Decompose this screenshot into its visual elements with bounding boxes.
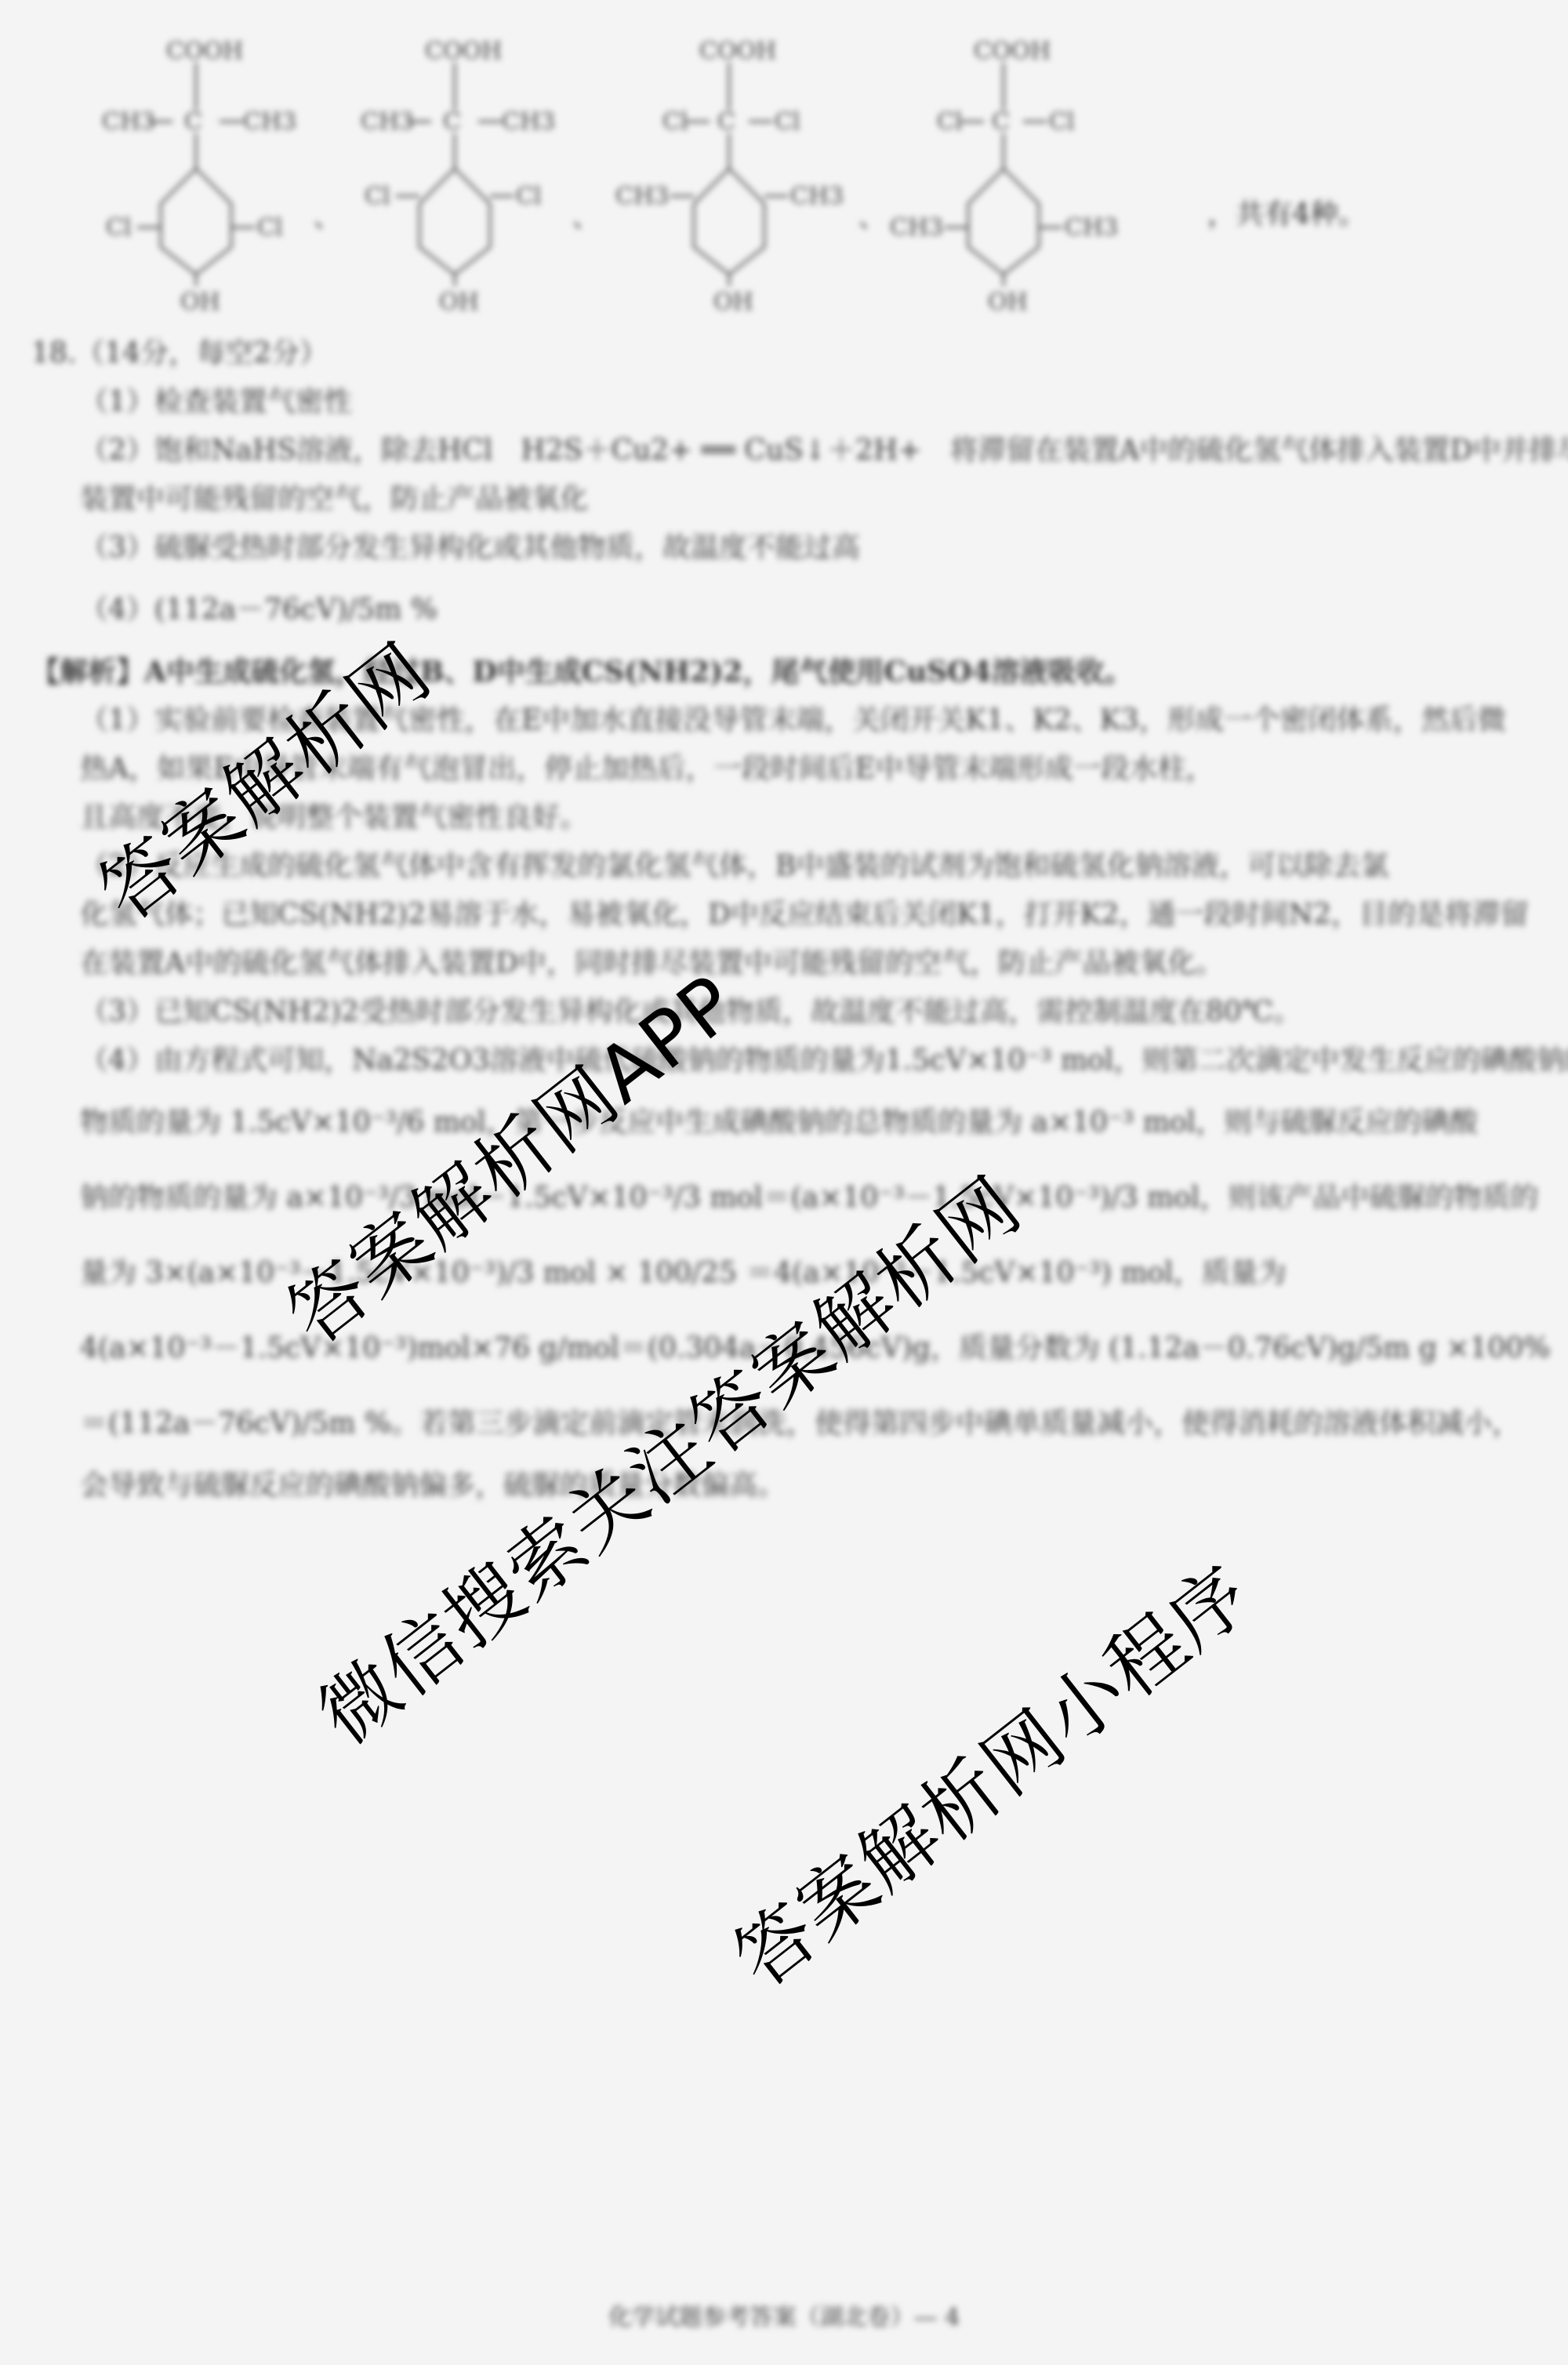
separator: 、 <box>314 196 340 234</box>
svg-text:Cl: Cl <box>257 214 283 242</box>
svg-text:C: C <box>717 108 735 136</box>
svg-text:COOH: COOH <box>974 38 1051 65</box>
svg-text:COOH: COOH <box>425 38 502 65</box>
separator: 、 <box>858 196 885 234</box>
text-line: （4）(112a－76cV)/5m % <box>31 572 1552 648</box>
svg-text:CH3: CH3 <box>361 108 414 136</box>
document-page: COOH CH3 C CH3 Cl Cl OH 、 <box>0 0 1568 2365</box>
svg-text:CH3: CH3 <box>890 214 943 242</box>
structural-formulas: COOH CH3 C CH3 Cl Cl OH 、 <box>78 16 1372 314</box>
svg-text:CH3: CH3 <box>243 108 296 136</box>
svg-text:CH3: CH3 <box>102 108 155 136</box>
svg-text:Cl: Cl <box>775 108 800 136</box>
text-line: 化氢气体；已知CS(NH2)2易溶于水，易被氧化，D中反应结束后关闭K1，打开K… <box>31 891 1552 939</box>
text-line: （3）硫脲受热时部分发生异构化或其他物质，故温度不能过高 <box>31 524 1552 572</box>
text-line: 物质的量为 1.5cV×10⁻³/6 mol，第一步反应中生成碘酸钠的总物质的量… <box>31 1085 1552 1161</box>
svg-text:Cl: Cl <box>106 214 132 242</box>
benzene-structure-icon: COOH CH3 C CH3 Cl Cl OH <box>78 16 314 314</box>
text-line: （2）反应生成的硫化氢气体中含有挥发的氯化氢气体，B中盛装的试剂为饱和硫氢化钠溶… <box>31 842 1552 891</box>
svg-text:Cl: Cl <box>1049 108 1075 136</box>
svg-text:CH3: CH3 <box>615 183 669 210</box>
svg-text:OH: OH <box>439 289 479 314</box>
text-line: 在装置A中的硫化氢气体排入装置D中，同时排尽装置中可能残留的空气，防止产品被氧化… <box>31 939 1552 988</box>
structure-2: COOH CH3 C CH3 Cl Cl OH <box>337 16 572 314</box>
structures-count-note: ，共有4种。 <box>1207 192 1367 232</box>
benzene-structure-icon: COOH Cl C Cl CH3 CH3 OH <box>886 16 1121 314</box>
svg-text:CH3: CH3 <box>502 108 555 136</box>
svg-text:OH: OH <box>988 289 1028 314</box>
svg-text:Cl: Cl <box>937 108 963 136</box>
benzene-structure-icon: COOH CH3 C CH3 Cl Cl OH <box>337 16 572 314</box>
analysis-header: 【解析】A中生成硫化氢，经过B、D中生成CS(NH2)2，尾气使用CuSO4溶液… <box>31 648 1552 696</box>
benzene-structure-icon: COOH Cl C Cl CH3 CH3 OH <box>612 16 847 314</box>
svg-text:OH: OH <box>713 289 753 314</box>
svg-text:C: C <box>184 108 202 136</box>
text-line: （2）饱和NaHS溶液，除去HCl H2S＋Cu2+ ══ CuS↓＋2H+ 将… <box>31 427 1552 475</box>
question-header: 18.（14分，每空2分） <box>31 329 1552 378</box>
svg-text:CH3: CH3 <box>790 183 844 210</box>
svg-text:Cl: Cl <box>662 108 688 136</box>
text-line: 装置中可能残留的空气，防止产品被氧化 <box>31 475 1552 524</box>
svg-text:COOH: COOH <box>699 38 776 65</box>
structure-3: COOH Cl C Cl CH3 CH3 OH <box>612 16 847 314</box>
svg-text:C: C <box>992 108 1010 136</box>
text-line: （4）由方程式可知，Na2S2O3溶液中硫代硫酸钠的物质的量为1.5cV×10⁻… <box>31 1037 1552 1085</box>
text-line: （1）检查装置气密性 <box>31 378 1552 427</box>
text-line: 钠的物质的量为 a×10⁻³/3 mol－1.5cV×10⁻³/3 mol＝(a… <box>31 1161 1552 1236</box>
svg-text:COOH: COOH <box>166 38 243 65</box>
svg-text:C: C <box>443 108 461 136</box>
svg-text:Cl: Cl <box>516 183 542 210</box>
svg-text:OH: OH <box>180 289 220 314</box>
watermark: 答案解析网小程序 <box>708 1535 1270 2008</box>
structure-1: COOH CH3 C CH3 Cl Cl OH <box>78 16 314 314</box>
svg-text:CH3: CH3 <box>1065 214 1118 242</box>
page-footer: 化学试题参考答案（湖北卷）— 4 <box>0 2298 1568 2332</box>
text-line: （3）已知CS(NH2)2受热时部分发生异构化或其他物质，故温度不能过高，需控制… <box>31 988 1552 1037</box>
separator: 、 <box>572 196 599 234</box>
structure-4: COOH Cl C Cl CH3 CH3 OH <box>886 16 1121 314</box>
svg-text:Cl: Cl <box>365 183 390 210</box>
text-line: 会导致与硫脲反应的碘酸钠偏多，硫脲的质量分数偏高。 <box>31 1462 1552 1510</box>
